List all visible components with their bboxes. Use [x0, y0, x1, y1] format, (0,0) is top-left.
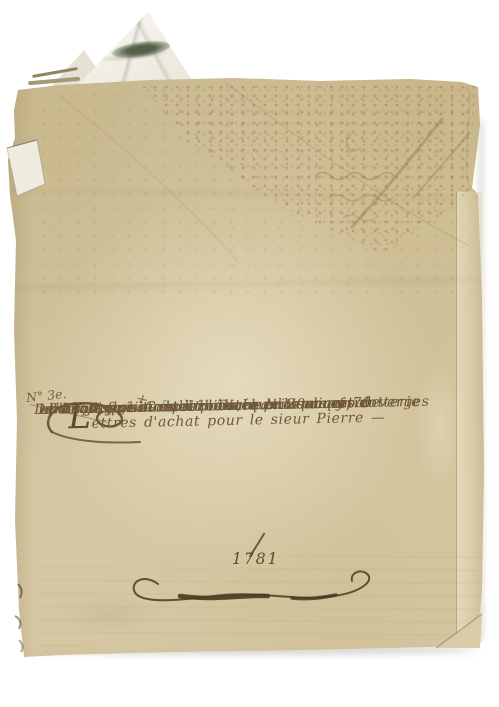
dogear-fold — [432, 608, 486, 652]
torn-edge-flap — [5, 138, 51, 200]
signature-flourish — [122, 562, 390, 620]
edge-ink-marks — [10, 578, 34, 662]
document-scan: N° 3e. + Lettres d'achat pour le sieur P… — [0, 0, 499, 707]
show-through-marks — [285, 100, 485, 250]
